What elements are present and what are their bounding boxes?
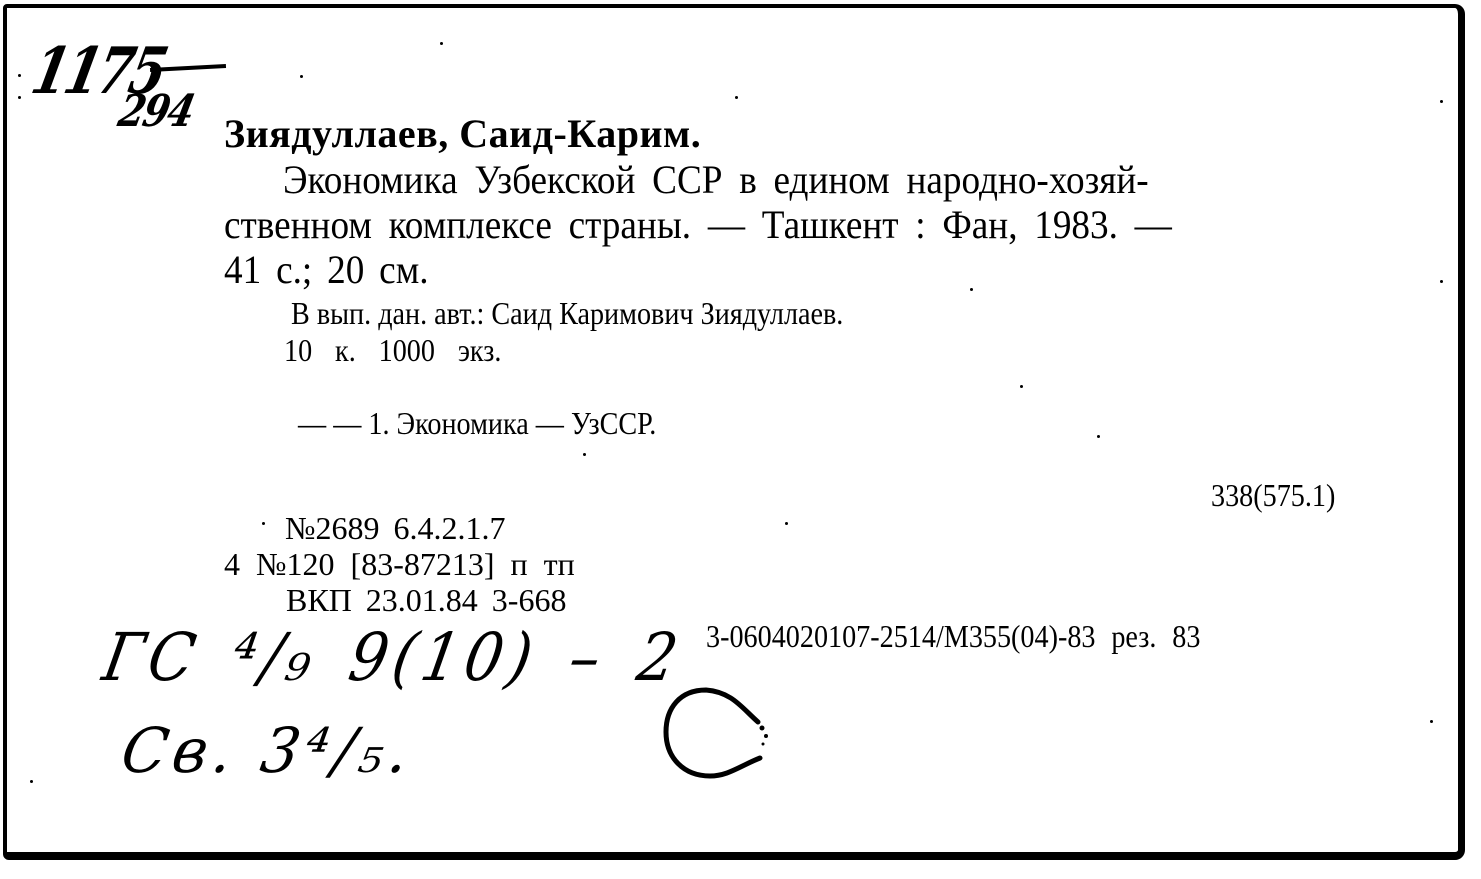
scan-speck	[18, 96, 21, 99]
scan-speck	[583, 453, 586, 456]
scan-speck	[300, 75, 303, 78]
scan-speck	[440, 42, 443, 45]
scan-speck	[735, 96, 738, 99]
title-line-2: ственном комплексе страны. — Ташкент : Ф…	[224, 205, 1172, 245]
stamp-ring-icon	[662, 686, 770, 780]
title-line-1: Экономика Узбекской ССР в едином народно…	[283, 160, 1149, 200]
scan-speck	[970, 288, 973, 291]
author-heading: Зиядуллаев, Саид-Карим.	[224, 114, 701, 154]
tech-line-1: №2689 6.4.2.1.7	[285, 512, 506, 544]
tech-line-3: ВКП 23.01.84 3-668	[286, 584, 566, 616]
scan-speck	[18, 74, 21, 77]
scan-speck	[785, 522, 788, 525]
handwritten-call-number-sub: 294	[115, 90, 197, 134]
scan-speck	[1440, 100, 1443, 103]
scan-speck	[30, 780, 33, 783]
price-print-run: 10 к. 1000 экз.	[284, 334, 501, 366]
scan-speck	[1097, 435, 1100, 438]
udc-classification: 338(575.1)	[1211, 479, 1335, 511]
scan-speck	[1020, 385, 1023, 388]
author-note: В вып. дан. авт.: Саид Каримович Зиядулл…	[291, 297, 843, 329]
handwritten-shelf-mark-2: Св. 3⁴/₅.	[117, 720, 419, 782]
scan-speck	[1440, 280, 1443, 283]
physical-description: 41 с.; 20 см.	[224, 250, 429, 290]
scan-speck	[262, 522, 265, 525]
isbn-code-line: 3-0604020107-2514/М355(04)-83 рез. 83	[706, 620, 1200, 652]
scan-speck	[1430, 720, 1433, 723]
tech-line-2: 4 №120 [83-87213] п тп	[224, 548, 575, 580]
subject-heading: — — 1. Экономика — УзССР.	[298, 407, 656, 439]
handwritten-shelf-mark-1: ГС ⁴/₉ 9(10) – 2	[98, 625, 687, 691]
